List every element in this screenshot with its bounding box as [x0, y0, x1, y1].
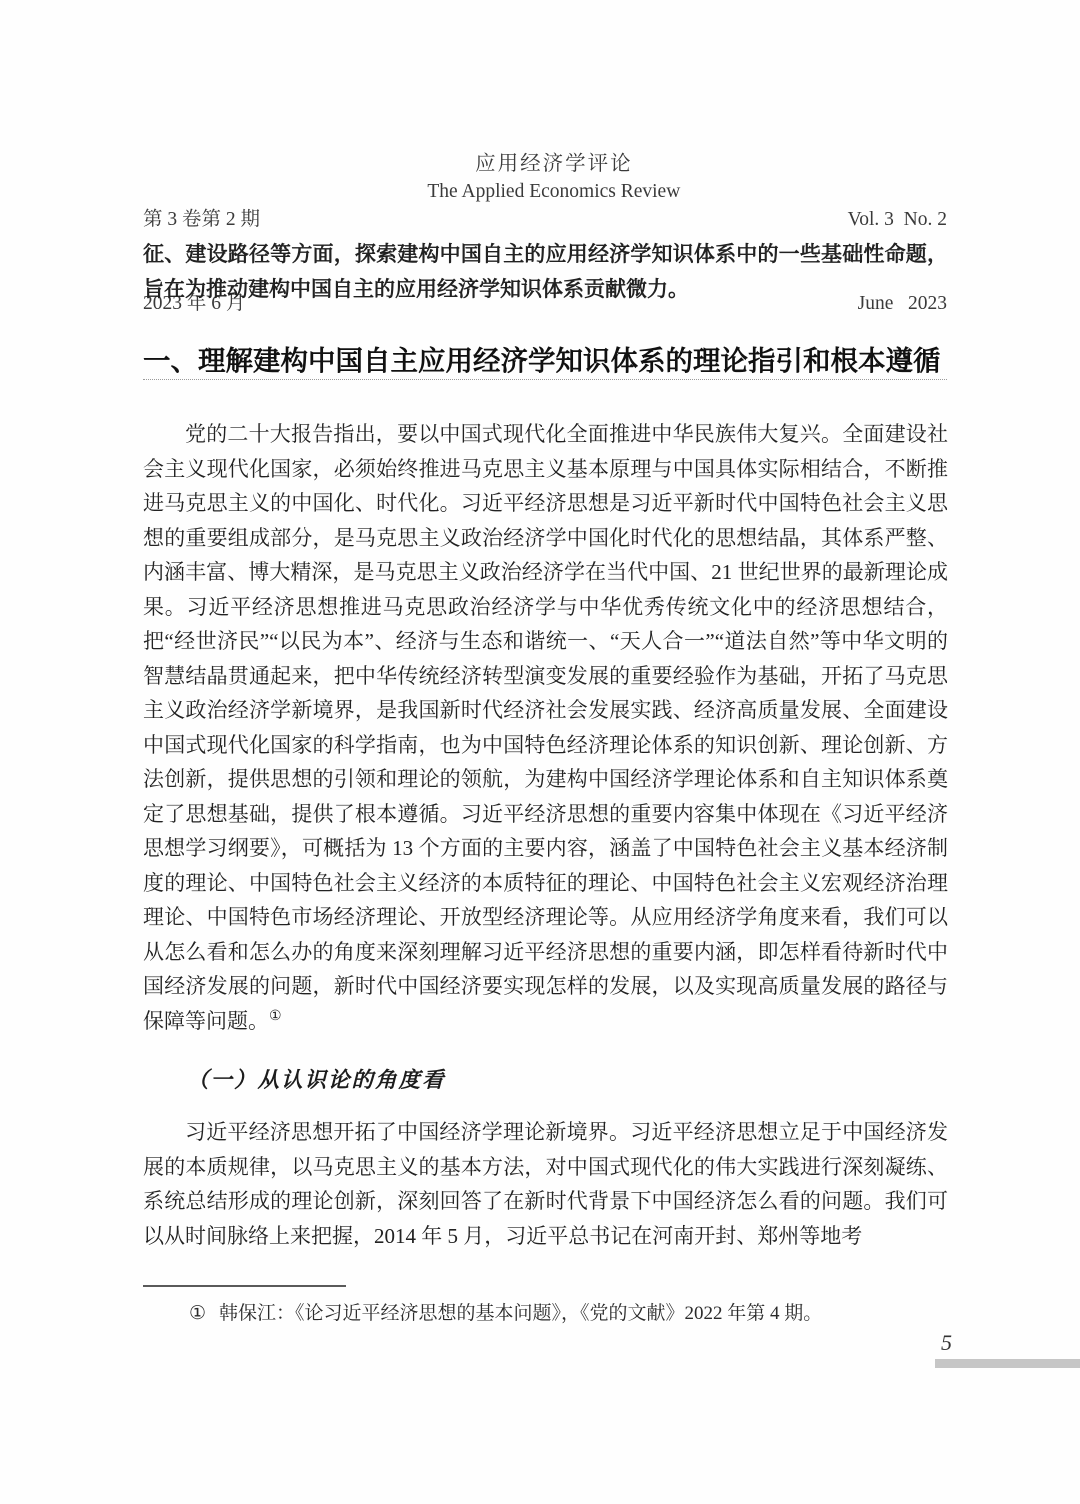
footnote-marker: ①: [189, 1303, 206, 1324]
page-number: 5: [941, 1330, 952, 1356]
footnote: ①韩保江：《论习近平经济思想的基本问题》，《党的文献》2022 年第 4 期。: [143, 1299, 994, 1329]
section-body-paragraph: 党的二十大报告指出，要以中国式现代化全面推进中华民族伟大复兴。全面建设社会主义现…: [143, 417, 948, 1038]
subsection-body-paragraph: 习近平经济思想开拓了中国经济学理论新境界。习近平经济思想立足于中国经济发展的本质…: [143, 1115, 948, 1253]
footnote-separator-rule: [143, 1285, 346, 1287]
footnote-text: 韩保江：《论习近平经济思想的基本问题》，《党的文献》2022 年第 4 期。: [219, 1303, 822, 1324]
journal-title-en: The Applied Economics Review: [260, 178, 848, 206]
page-footer-bar: [935, 1359, 1080, 1368]
section-heading: 一、理解建构中国自主应用经济学知识体系的理论指引和根本遵循: [143, 341, 953, 381]
volume-issue-en: Vol. 3 No. 2: [848, 206, 947, 234]
subsection-heading: （一）从认识论的角度看: [143, 1062, 992, 1098]
header-journal-title: 应用经济学评论 The Applied Economics Review: [260, 150, 848, 206]
abstract-continuation-paragraph: 征、建设路径等方面，探索建构中国自主的应用经济学知识体系中的一些基础性命题，旨在…: [143, 237, 948, 306]
journal-title-cn: 应用经济学评论: [260, 150, 848, 178]
footnote-reference-marker: ①: [269, 1009, 282, 1024]
journal-page: 第 3 卷第 2 期 2023 年 6 月 应用经济学评论 The Applie…: [0, 0, 1080, 1504]
volume-issue-cn: 第 3 卷第 2 期: [143, 206, 260, 234]
section-body-text: 党的二十大报告指出，要以中国式现代化全面推进中华民族伟大复兴。全面建设社会主义现…: [143, 422, 948, 1033]
